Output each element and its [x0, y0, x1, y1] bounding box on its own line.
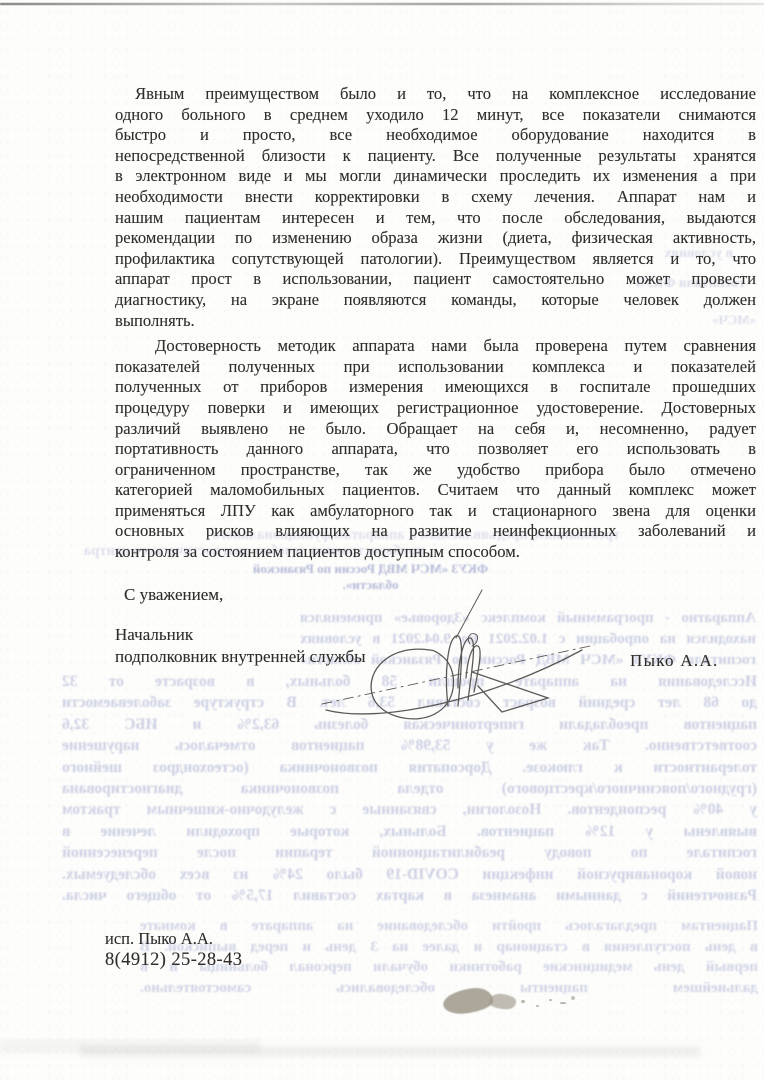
ink-speck: [549, 999, 552, 1001]
text-line: аппарат прост в использовании, пациент с…: [115, 269, 756, 290]
scan-noise-band: [0, 1040, 260, 1053]
scan-edge-line: [0, 3, 764, 5]
bleedthrough-line: выявлены у 12% пациентов. Больных, котор…: [62, 821, 757, 842]
executor-name: исп. Пыко А.А.: [105, 928, 242, 949]
text-line: профилактика сопутствующей патологии). П…: [115, 249, 756, 270]
text-line: основных рисков влияющих на развитие неи…: [115, 521, 756, 542]
scanned-letter-page: в условиях госпиталя ФКУЗ «МСЧ» требован…: [0, 0, 764, 1080]
text-line: быстро и просто, все необходимое оборудо…: [115, 125, 756, 146]
executor-phone: 8(4912) 25-28-43: [105, 949, 242, 972]
bleedthrough-line: у 40% респондентов. Нозологии, связанные…: [62, 799, 757, 820]
signer-name: Пыко А.А.: [630, 651, 719, 671]
ink-speck: [521, 1000, 525, 1003]
bleedthrough-line: толерантности к глюкозе. Дорсопатия позв…: [62, 757, 757, 778]
text-line: необходимости внести корректировки в схе…: [115, 187, 756, 208]
handwritten-signature: [320, 588, 600, 738]
text-line: различий выявлено не было. Обращает на с…: [115, 419, 756, 440]
ink-speck: [571, 996, 575, 1000]
ink-speck: [560, 1002, 566, 1004]
text-line: нашим пациентам интересен и тем, что пос…: [115, 208, 756, 229]
closing-salutation: С уважением,: [124, 585, 223, 605]
text-line: применяться ЛПУ как амбулаторного так и …: [115, 501, 756, 522]
text-line: показателей полученных при использовании…: [115, 357, 756, 378]
signature-upstroke: [456, 590, 482, 638]
text-line: полученных от приборов измерения имеющих…: [115, 377, 756, 398]
bleedthrough-line: новой коронавирусной инфекции COVID-19 б…: [62, 864, 757, 885]
bleedthrough-line: (грудного/поясничного/крестцового) отдел…: [62, 778, 757, 799]
text-line: в электронном виде и мы могли динамическ…: [115, 166, 756, 187]
ink-speck: [536, 1005, 539, 1007]
signature-dash-line: [322, 646, 590, 704]
text-line: ограниченном пространстве, так же удобст…: [115, 460, 756, 481]
text-line: Явным преимуществом было и то, что на ко…: [115, 84, 756, 105]
text-line: процедуру поверки и имеющих регистрацион…: [115, 398, 756, 419]
text-line: диагностику, на экране появляются команд…: [115, 290, 756, 311]
executor-block: исп. Пыко А.А. 8(4912) 25-28-43: [105, 928, 242, 972]
text-line: одного больного в среднем уходило 12 мин…: [115, 105, 756, 126]
paragraph-2: Достоверность методик аппарата нами была…: [115, 336, 756, 563]
text-line: непосредственной близости к пациенту. Вс…: [115, 146, 756, 167]
bleedthrough-line: соответственно. Так же у 53,98% пациенто…: [62, 735, 757, 756]
text-line: Достоверность методик аппарата нами была…: [115, 336, 756, 357]
paragraph-1: Явным преимуществом было и то, что на ко…: [115, 84, 756, 331]
text-line: портативность данного аппарата, что позв…: [115, 439, 756, 460]
text-line: рекомендации по изменению образа жизни (…: [115, 228, 756, 249]
text-line: выполнять.: [115, 311, 756, 332]
letter-body: Явным преимуществом было и то, что на ко…: [115, 84, 756, 563]
bleedthrough-line: госпитале по поводу реабилитационной тер…: [62, 842, 757, 863]
bleedthrough-line: Разночтений с данными анамнеза в картах …: [62, 885, 757, 906]
text-line: категорией маломобильных пациентов. Счит…: [115, 480, 756, 501]
text-line: контроля за состоянием пациентов доступн…: [115, 542, 756, 563]
